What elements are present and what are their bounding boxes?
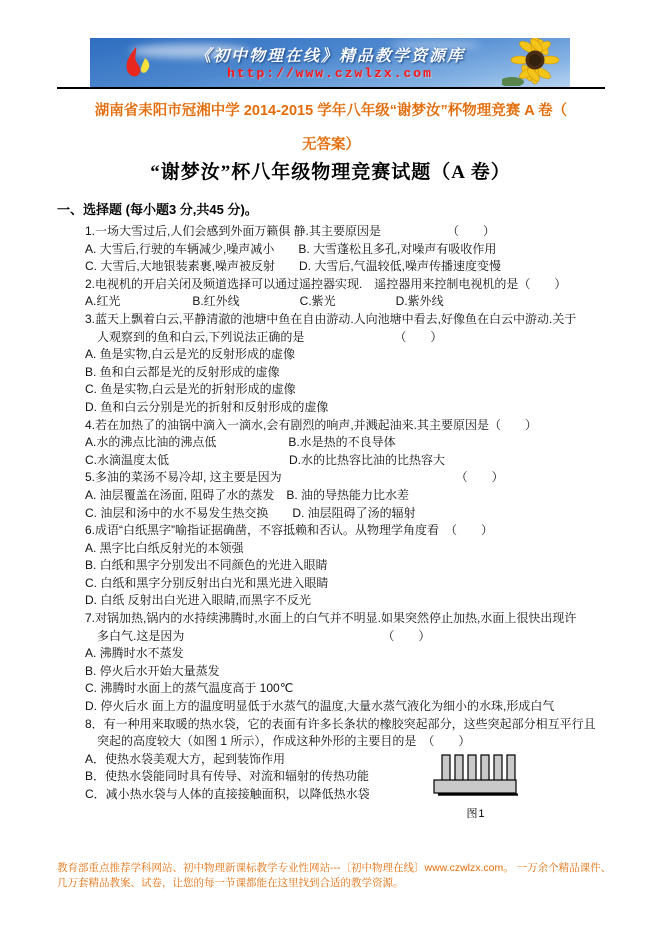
question-6-line: C. 白纸和黑字分别反射出白光和黑光进入眼睛 bbox=[85, 575, 615, 593]
question-3-line: B. 鱼和白云都是光的反射形成的虚像 bbox=[85, 364, 615, 382]
question-8-line: 8．有一种用来取暖的热水袋，它的表面有许多长条状的橡胶突起部分，这些突起部分相互… bbox=[85, 716, 615, 734]
question-3-line: 3.蓝天上飘着白云,平静清澈的池塘中鱼在自由游动.人向池塘中看去,好像鱼在白云中… bbox=[85, 311, 615, 329]
banner-site-title: 《初中物理在线》精品教学资源库 bbox=[90, 43, 570, 66]
sunflower-icon bbox=[502, 38, 564, 87]
question-8-line: A．使热水袋美观大方，起到装饰作用 bbox=[85, 751, 615, 769]
document-title-line1: 湖南省耒阳市冠湘中学 2014-2015 学年八年级“谢梦汝”杯物理竞赛 A 卷… bbox=[57, 94, 605, 128]
question-6-line: 6.成语“白纸黑字”喻指证据确凿，不容抵赖和否认。从物理学角度看 （ ） bbox=[85, 522, 615, 540]
question-4-line: A.水的沸点比油的沸点低 B.水是热的不良导体 bbox=[85, 434, 615, 452]
question-2-line: 2.电视机的开启关闭及频道选择可以通过遥控器实现. 遥控器用来控制电视机的是（ … bbox=[85, 276, 615, 294]
figure-1-label: 图1 bbox=[430, 805, 522, 821]
question-5-line: 5.多油的菜汤不易冷却, 这主要是因为 （ ） bbox=[85, 469, 615, 487]
question-7-line: B. 停火后水开始大量蒸发 bbox=[85, 663, 615, 681]
question-3-line: C. 鱼是实物,白云是光的折射形成的虚像 bbox=[85, 381, 615, 399]
site-banner: 《初中物理在线》精品教学资源库 http://www.czwlzx.com bbox=[90, 38, 570, 87]
question-4-line: 4.若在加热了的油锅中滴入一滴水,会有剧烈的响声,并溅起油来.其主要原因是（ ） bbox=[85, 417, 615, 435]
question-5-line: A. 油层覆盖在汤面, 阻碍了水的蒸发 B. 油的导热能力比水差 bbox=[85, 487, 615, 505]
header-divider bbox=[57, 87, 605, 89]
question-2-line: A.红光 B.红外线 C.紫光 D.紫外线 bbox=[85, 293, 615, 311]
question-8-line: 突起的高度较大（如图 1 所示），作成这种外形的主要目的是 （ ） bbox=[85, 733, 615, 751]
banner-site-url[interactable]: http://www.czwlzx.com bbox=[90, 66, 570, 81]
question-3-line: D. 鱼和白云分别是光的折射和反射形成的虚像 bbox=[85, 399, 615, 417]
page-footer: 教育部重点推荐学科网站、初中物理新课标教学专业性网站---〔初中物理在线〕www… bbox=[57, 861, 623, 891]
document-title: 湖南省耒阳市冠湘中学 2014-2015 学年八年级“谢梦汝”杯物理竞赛 A 卷… bbox=[57, 94, 605, 162]
exam-page: 《初中物理在线》精品教学资源库 http://www.czwlzx.com bbox=[0, 0, 661, 936]
question-6-line: A. 黑字比白纸反射光的本领强 bbox=[85, 540, 615, 558]
question-8-line: B．使热水袋能同时具有传导、对流和辐射的传热功能 bbox=[85, 768, 615, 786]
question-1-line: 1.一场大雪过后,人们会感到外面万籁俱 静.其主要原因是 （ ） bbox=[85, 223, 615, 241]
question-3-line: 人观察到的鱼和白云,下列说法正确的是 （ ） bbox=[85, 329, 615, 347]
question-list: 1.一场大雪过后,人们会感到外面万籁俱 静.其主要原因是 （ ）A. 大雪后,行… bbox=[85, 223, 615, 804]
question-5-line: C. 油层和汤中的水不易发生热交换 D. 油层阻碍了汤的辐射 bbox=[85, 505, 615, 523]
question-7-line: C. 沸腾时水面上的蒸气温度高于 100℃ bbox=[85, 680, 615, 698]
paper-title: “谢梦汝”杯八年级物理竞赛试题（A 卷） bbox=[0, 157, 661, 184]
footer-line2: 几万套精品教案、试卷，让您的每一节课都能在这里找到合适的教学资源。 bbox=[57, 876, 623, 891]
question-1-line: C. 大雪后,大地银装素裹,噪声被反射 D. 大雪后,气温较低,噪声传播速度变慢 bbox=[85, 258, 615, 276]
question-3-line: A. 鱼是实物,白云是光的反射形成的虚像 bbox=[85, 346, 615, 364]
question-8-line: C．减小热水袋与人体的直接接触面积，以降低热水袋 bbox=[85, 786, 615, 804]
question-6-line: D. 白纸 反射出白光进入眼睛,而黑字不反光 bbox=[85, 592, 615, 610]
question-4-line: C.水滴温度太低 D.水的比热容比油的比热容大 bbox=[85, 452, 615, 470]
question-1-line: A. 大雪后,行驶的车辆减少,噪声减小 B. 大雪蓬松且多孔,对噪声有吸收作用 bbox=[85, 241, 615, 259]
question-7-line: 7.对锅加热,锅内的水持续沸腾时,水面上的白气并不明显.如果突然停止加热,水面上… bbox=[85, 610, 615, 628]
question-7-line: 多白气.这是因为 （ ） bbox=[85, 628, 615, 646]
figure-1: 图1 bbox=[430, 752, 522, 821]
question-7-line: A. 沸腾时水不蒸发 bbox=[85, 645, 615, 663]
hot-water-bag-ridges-illustration bbox=[432, 752, 520, 798]
section-heading: 一、选择题 (每小题3 分,共45 分)。 bbox=[57, 199, 258, 218]
question-7-line: D. 停火后水 面上方的温度明显低于水蒸气的温度,大量水蒸气液化为细小的水珠,形… bbox=[85, 698, 615, 716]
footer-line1: 教育部重点推荐学科网站、初中物理新课标教学专业性网站---〔初中物理在线〕www… bbox=[57, 861, 623, 876]
question-6-line: B. 白纸和黑字分别发出不同颜色的光进入眼睛 bbox=[85, 557, 615, 575]
